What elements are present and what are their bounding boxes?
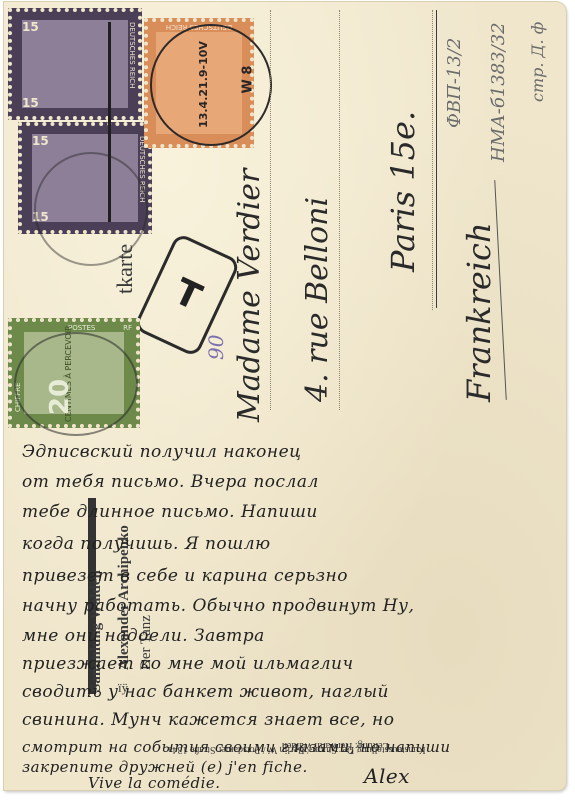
stamp-15-purple-top: 15 15 DEUTSCHES REICH bbox=[8, 8, 142, 120]
letter-line: мне они надоели. Завтра bbox=[22, 626, 265, 646]
address-dotted-line bbox=[339, 10, 340, 410]
postmark-date: 13.4.21.9-10V bbox=[197, 41, 210, 128]
archive-mark-3: стр. Д. ф bbox=[528, 22, 547, 102]
letter-line: когда получишь. Я пошлю bbox=[22, 534, 271, 554]
signature: Alex bbox=[364, 764, 410, 788]
address-solid-line bbox=[436, 10, 437, 308]
address-line-3: Paris 15e. bbox=[384, 111, 422, 272]
stamp-value: 15 bbox=[32, 134, 49, 148]
postmark-letters: W 8 bbox=[240, 66, 255, 94]
stamp-right-label: TAXE bbox=[138, 392, 140, 410]
stamp-corner-label: RF bbox=[123, 324, 132, 332]
postmark-circle-green bbox=[14, 332, 138, 436]
letter-line: от тебя письмо. Вчера послал bbox=[22, 472, 319, 492]
letter-line: тебе длинное письмо. Напиши bbox=[22, 502, 318, 522]
stamp-side-text: DEUTSCHES REICH bbox=[128, 22, 136, 88]
archive-mark-2: НМА-б1383/32 bbox=[488, 22, 509, 162]
address-dotted-line bbox=[432, 10, 433, 310]
pencil-mark-90: 90 bbox=[204, 335, 228, 360]
postcard: 15 15 DEUTSCHES REICH 15 15 DEUTSCHES RE… bbox=[4, 2, 566, 790]
letter-line: приезжает ко мне мой ильмаглич bbox=[22, 654, 354, 674]
archive-mark-1: ФВП-13/2 bbox=[444, 38, 465, 128]
letter-line: привезет в себе и карина серьзно bbox=[22, 566, 348, 586]
letter-line: Vive la comédie. bbox=[88, 774, 221, 792]
letter-line: Эдписвский получил наконец bbox=[22, 442, 302, 462]
address-line-4: Frankreich bbox=[460, 222, 498, 402]
letter-line: начну работать. Обычно продвинут Ну, bbox=[22, 596, 414, 616]
address-line-2: 4. rue Belloni bbox=[300, 197, 335, 402]
stamp-value: 15 bbox=[22, 20, 39, 34]
letter-line: смотрит на события своими глазами, но на… bbox=[22, 738, 451, 756]
address-dotted-line bbox=[270, 10, 271, 410]
letter-line: сводить у нас банкет живот, наглый bbox=[22, 682, 389, 702]
address-line-1: Madame Verdier bbox=[232, 169, 267, 422]
stamp-value: 15 bbox=[22, 96, 39, 110]
letter-line: свинина. Мунч кажется знает все, но bbox=[22, 710, 394, 730]
printed-postkarte: tkarte bbox=[112, 244, 138, 294]
